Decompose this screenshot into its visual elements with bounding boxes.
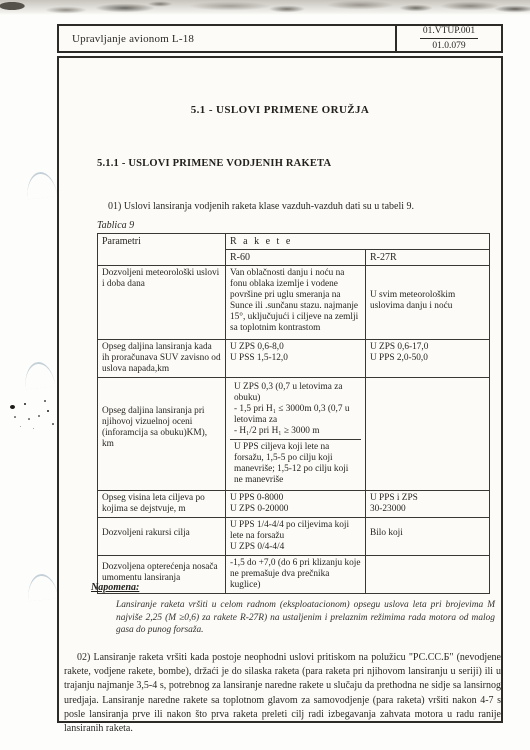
param-cell: Opseg daljina lansiranja kada ih proraču… xyxy=(98,340,226,378)
pen-mark-arc-3 xyxy=(26,573,59,602)
column-header-r27r: R-27R xyxy=(366,250,490,266)
r60-subcell-b: U PPS ciljeva koji lete na forsažu, 1,5-… xyxy=(230,440,361,488)
page-header-box: Upravljanje avionom L-18 01.VTUP.001 01.… xyxy=(57,24,503,53)
paragraph-02: 02) Lansiranje raketa vršiti kada postoj… xyxy=(64,651,501,736)
pen-mark-arc-2 xyxy=(23,361,56,390)
page-content-frame: 5.1 - USLOVI PRIMENE ORUŽJA 5.1.1 - USLO… xyxy=(57,56,503,723)
column-header-parametri: Parametri xyxy=(98,234,226,266)
table-row: Dozvoljeni meteorološki uslovi i doba da… xyxy=(98,266,490,340)
r60-cell: Van oblačnosti danju i noću na fonu obla… xyxy=(226,266,366,340)
r27r-cell: Bilo koji xyxy=(366,518,490,556)
table-row: Dozvoljeni rakursi cilja U PPS 1/4-4/4 p… xyxy=(98,518,490,556)
subsection-heading: 5.1.1 - USLOVI PRIMENE VODJENIH RAKETA xyxy=(97,158,331,169)
paragraph-01: 01) Uslovi lansiranja vodjenih raketa kl… xyxy=(108,201,414,212)
param-cell: Dozvoljeni meteorološki uslovi i doba da… xyxy=(98,266,226,340)
table-row: Dozvoljena opterećenja nosača umomentu l… xyxy=(98,556,490,594)
param-cell: Opseg visina leta ciljeva po kojima se d… xyxy=(98,491,226,518)
r27r-cell: U svim meteorološkim uslovima danju i no… xyxy=(366,266,490,340)
param-cell: Opseg daljina lansiranja pri njihovoj vi… xyxy=(98,378,226,491)
scanned-manual-page: { "header": { "title": "Upravljanje avio… xyxy=(0,0,530,750)
r60-cell: U PPS 1/4-4/4 po ciljevima koji lete na … xyxy=(226,518,366,556)
column-header-r60: R-60 xyxy=(226,250,366,266)
document-number-cell: 01.VTUP.001 01.0.079 xyxy=(395,26,501,51)
r60-cell: U PPS 0-8000 U ZPS 0-20000 xyxy=(226,491,366,518)
pen-mark-arc-1 xyxy=(25,171,58,200)
param-cell: Dozvoljeni rakursi cilja xyxy=(98,518,226,556)
r60-cell: -1,5 do +7,0 (do 6 pri klizanju koje ne … xyxy=(226,556,366,594)
r60-subcell-a: U ZPS 0,3 (0,7 u letovima za obuku) - 1,… xyxy=(230,380,361,440)
r27r-cell: U PPS i ZPS 30-23000 xyxy=(366,491,490,518)
r60-cell: U ZPS 0,6-8,0 U PSS 1,5-12,0 xyxy=(226,340,366,378)
r60-cell: U ZPS 0,3 (0,7 u letovima za obuku) - 1,… xyxy=(226,378,366,491)
napomena-text: Lansiranje raketa vršiti u celom radnom … xyxy=(116,599,495,637)
napomena-label: Napomena: xyxy=(91,582,139,593)
table-row: Opseg daljina lansiranja pri njihovoj vi… xyxy=(98,378,490,491)
document-number-bottom: 01.0.079 xyxy=(432,39,465,52)
r27r-cell: U ZPS 0,6-17,0 U PPS 2,0-50,0 xyxy=(366,340,490,378)
column-group-rakete: R a k e t e xyxy=(226,234,490,250)
document-title: Upravljanje avionom L-18 xyxy=(59,26,395,51)
scanner-edge-band xyxy=(0,0,530,15)
table-row: Opseg daljina lansiranja kada ih proraču… xyxy=(98,340,490,378)
r27r-cell xyxy=(366,556,490,594)
table-header-row-1: Parametri R a k e t e xyxy=(98,234,490,250)
table-caption: Tablica 9 xyxy=(97,220,134,231)
document-number-top: 01.VTUP.001 xyxy=(420,25,478,39)
rocket-launch-conditions-table: Parametri R a k e t e R-60 R-27R Dozvolj… xyxy=(97,233,490,594)
r27r-cell xyxy=(366,378,490,491)
table-row: Opseg visina leta ciljeva po kojima se d… xyxy=(98,491,490,518)
section-heading: 5.1 - USLOVI PRIMENE ORUŽJA xyxy=(59,104,501,116)
